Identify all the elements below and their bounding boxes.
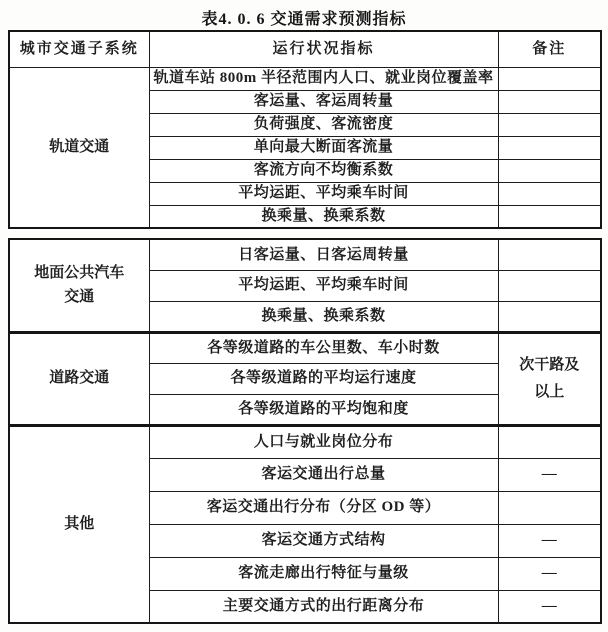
indicator-cell: 客流走廊出行特征与量级 <box>149 557 498 590</box>
section-label-bus-text: 地面公共汽车交通 <box>31 261 127 309</box>
indicator-cell: 各等级道路的平均饱和度 <box>149 394 498 425</box>
section-label-other: 其他 <box>9 425 149 623</box>
remark-cell <box>498 113 601 136</box>
table-bus-road-other: 地面公共汽车交通 日客运量、日客运周转量 平均运距、平均乘车时间 换乘量、换乘系… <box>8 238 602 624</box>
remark-cell <box>498 90 601 113</box>
indicator-cell: 各等级道路的车公里数、车小时数 <box>149 332 498 363</box>
indicator-cell: 换乘量、换乘系数 <box>149 205 498 228</box>
indicator-cell: 客运量、客运周转量 <box>149 90 498 113</box>
col-header-remark: 备注 <box>498 31 601 67</box>
remark-cell: — <box>498 557 601 590</box>
col-header-indicator: 运行状况指标 <box>149 31 498 67</box>
indicator-cell: 日客运量、日客运周转量 <box>149 239 498 270</box>
col-header-subsystem: 城市交通子系统 <box>9 31 149 67</box>
table-header-row: 城市交通子系统 运行状况指标 备注 <box>9 31 601 67</box>
indicator-cell: 负荷强度、客流密度 <box>149 113 498 136</box>
remark-cell: — <box>498 524 601 557</box>
section-label-road: 道路交通 <box>9 332 149 425</box>
remark-cell-road: 次干路及以上 <box>498 332 601 425</box>
table-rail-transit: 城市交通子系统 运行状况指标 备注 轨道交通 轨道车站 800m 半径范围内人口… <box>8 30 602 229</box>
remark-cell <box>498 136 601 159</box>
remark-cell <box>498 270 601 301</box>
indicator-cell: 平均运距、平均乘车时间 <box>149 270 498 301</box>
remark-cell <box>498 205 601 228</box>
indicator-cell: 主要交通方式的出行距离分布 <box>149 590 498 623</box>
section-label-bus: 地面公共汽车交通 <box>9 239 149 332</box>
indicator-cell: 轨道车站 800m 半径范围内人口、就业岗位覆盖率 <box>149 67 498 90</box>
remark-cell <box>498 159 601 182</box>
indicator-cell: 客流方向不均衡系数 <box>149 159 498 182</box>
remark-cell <box>498 425 601 458</box>
table-title: 表4. 0. 6 交通需求预测指标 <box>0 6 608 29</box>
table-row: 道路交通 各等级道路的车公里数、车小时数 次干路及以上 <box>9 332 601 363</box>
remark-cell: — <box>498 458 601 491</box>
remark-road-text: 次干路及以上 <box>516 352 582 406</box>
indicator-cell: 客运交通方式结构 <box>149 524 498 557</box>
document-page: 表4. 0. 6 交通需求预测指标 城市交通子系统 运行状况指标 备注 轨道交通… <box>0 0 608 632</box>
remark-cell <box>498 182 601 205</box>
table-row: 地面公共汽车交通 日客运量、日客运周转量 <box>9 239 601 270</box>
remark-cell: — <box>498 590 601 623</box>
remark-cell <box>498 239 601 270</box>
indicator-cell: 客运交通出行总量 <box>149 458 498 491</box>
indicator-cell: 换乘量、换乘系数 <box>149 301 498 332</box>
remark-cell <box>498 67 601 90</box>
section-label-rail: 轨道交通 <box>9 67 149 228</box>
remark-cell <box>498 301 601 332</box>
indicator-cell: 客运交通出行分布（分区 OD 等） <box>149 491 498 524</box>
table-row: 轨道交通 轨道车站 800m 半径范围内人口、就业岗位覆盖率 <box>9 67 601 90</box>
remark-cell <box>498 491 601 524</box>
indicator-cell: 单向最大断面客流量 <box>149 136 498 159</box>
table-row: 其他 人口与就业岗位分布 <box>9 425 601 458</box>
indicator-cell: 各等级道路的平均运行速度 <box>149 363 498 394</box>
indicator-cell: 人口与就业岗位分布 <box>149 425 498 458</box>
indicator-cell: 平均运距、平均乘车时间 <box>149 182 498 205</box>
